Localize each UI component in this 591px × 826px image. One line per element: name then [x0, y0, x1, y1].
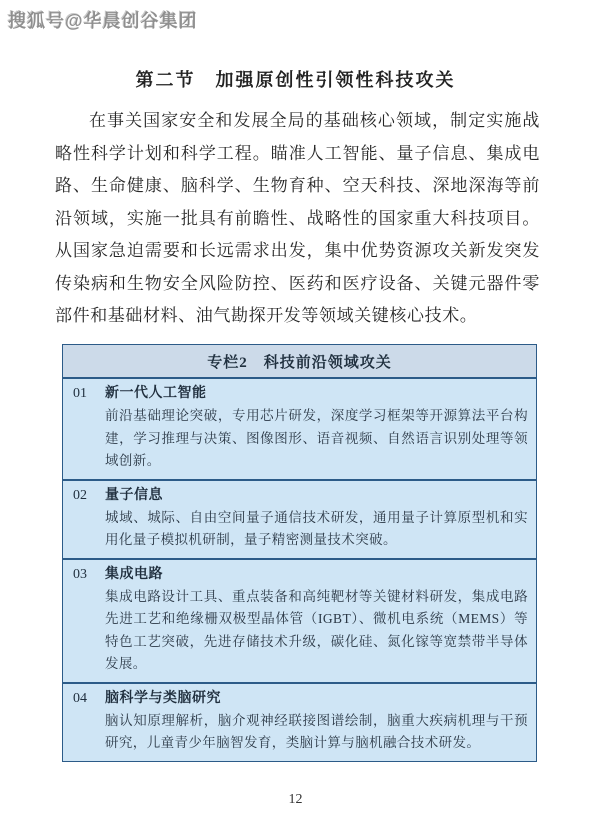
item-title: 集成电路: [105, 564, 163, 586]
item-number: 02: [73, 485, 95, 507]
item-number: 04: [73, 688, 95, 710]
sohu-watermark: 搜狐号@华晨创谷集团: [8, 7, 198, 33]
item-description: 集成电路设计工具、重点装备和高纯靶材等关键材料研发，集成电路先进工艺和绝缘栅双极…: [105, 586, 528, 676]
special-column-panel: 专栏2 科技前沿领域攻关 01 新一代人工智能 前沿基础理论突破，专用芯片研发，…: [62, 344, 537, 762]
panel-item: 01 新一代人工智能 前沿基础理论突破，专用芯片研发，深度学习框架等开源算法平台…: [63, 379, 536, 481]
item-description: 城域、城际、自由空间量子通信技术研发，通用量子计算原型机和实用化量子模拟机研制，…: [105, 507, 528, 552]
panel-item-heading: 03 集成电路: [73, 564, 528, 586]
panel-item: 04 脑科学与类脑研究 脑认知原理解析，脑介观神经联接图谱绘制，脑重大疾病机理与…: [63, 684, 536, 761]
panel-title: 专栏2 科技前沿领域攻关: [63, 345, 536, 379]
item-number: 03: [73, 564, 95, 586]
panel-item-list: 01 新一代人工智能 前沿基础理论突破，专用芯片研发，深度学习框架等开源算法平台…: [63, 379, 536, 761]
item-title: 量子信息: [105, 485, 163, 507]
item-description: 脑认知原理解析，脑介观神经联接图谱绘制，脑重大疾病机理与干预研究，儿童青少年脑智…: [105, 710, 528, 755]
panel-item-heading: 04 脑科学与类脑研究: [73, 688, 528, 710]
panel-item: 03 集成电路 集成电路设计工具、重点装备和高纯靶材等关键材料研发，集成电路先进…: [63, 560, 536, 684]
item-title: 脑科学与类脑研究: [105, 688, 221, 710]
item-number: 01: [73, 383, 95, 405]
page-number: 12: [0, 792, 591, 808]
section-title: 第二节 加强原创性引领性科技攻关: [0, 66, 591, 92]
panel-item-heading: 01 新一代人工智能: [73, 383, 528, 405]
panel-item-heading: 02 量子信息: [73, 485, 528, 507]
panel-item: 02 量子信息 城域、城际、自由空间量子通信技术研发，通用量子计算原型机和实用化…: [63, 481, 536, 560]
item-title: 新一代人工智能: [105, 383, 207, 405]
body-paragraph: 在事关国家安全和发展全局的基础核心领域，制定实施战略性科学计划和科学工程。瞄准人…: [55, 105, 540, 333]
item-description: 前沿基础理论突破，专用芯片研发，深度学习框架等开源算法平台构建，学习推理与决策、…: [105, 405, 528, 473]
